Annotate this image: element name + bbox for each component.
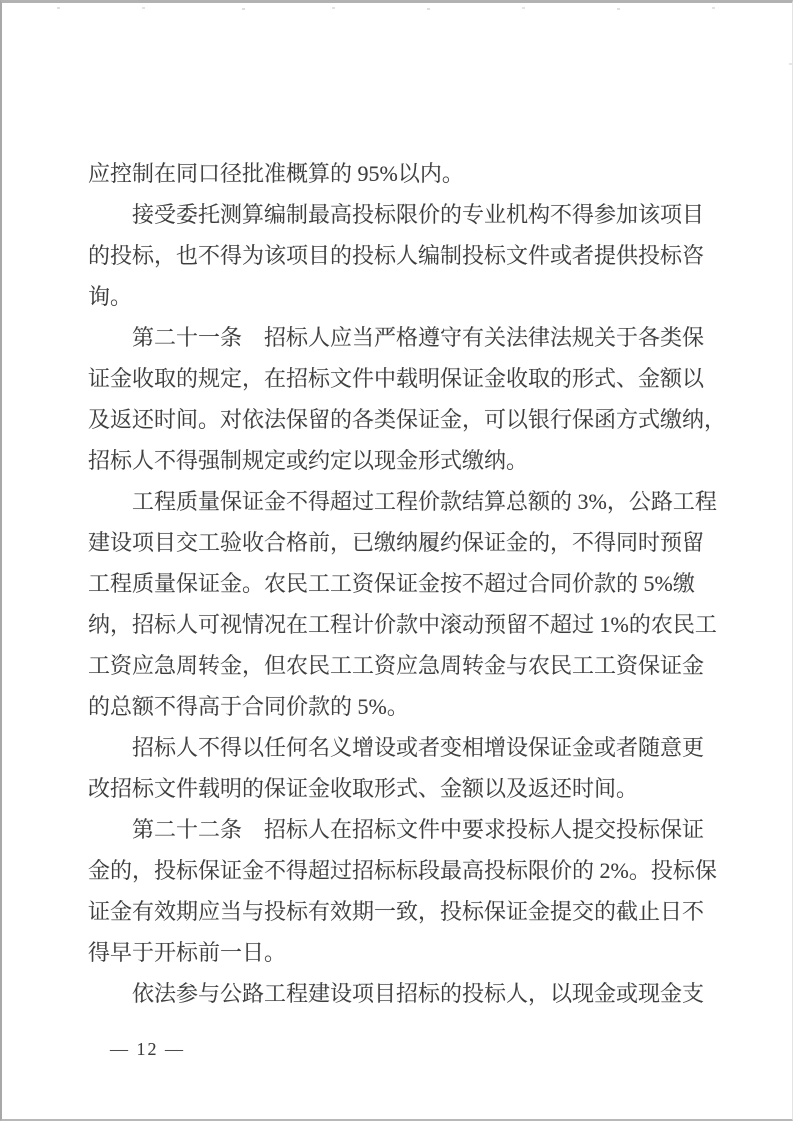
paragraph: 依法参与公路工程建设项目招标的投标人，以现金或现金支	[88, 973, 712, 1014]
text-line: 的总额不得高于合同价款的 5%。	[88, 686, 712, 727]
text-line: 及返还时间。对依法保留的各类保证金，可以银行保函方式缴纳，	[88, 399, 712, 440]
text-line: 的投标，也不得为该项目的投标人编制投标文件或者提供投标咨	[88, 235, 712, 276]
text-line: 工资应急周转金，但农民工工资应急周转金与农民工工资保证金	[88, 645, 712, 686]
text-line: 金的，投标保证金不得超过招标标段最高投标限价的 2%。投标保	[88, 850, 712, 891]
text-line: 得早于开标前一日。	[88, 932, 712, 973]
text-line: 应控制在同口径批准概算的 95%以内。	[88, 153, 712, 194]
text-line: 招标人不得以任何名义增设或者变相增设保证金或者随意更	[88, 727, 712, 768]
text-line: 接受委托测算编制最高投标限价的专业机构不得参加该项目	[88, 194, 712, 235]
paragraph: 接受委托测算编制最高投标限价的专业机构不得参加该项目的投标，也不得为该项目的投标…	[88, 194, 712, 317]
paragraph: 应控制在同口径批准概算的 95%以内。	[88, 153, 712, 194]
document-body: 应控制在同口径批准概算的 95%以内。接受委托测算编制最高投标限价的专业机构不得…	[88, 153, 712, 1014]
page-number: — 12 —	[110, 1039, 185, 1060]
paragraph: 招标人不得以任何名义增设或者变相增设保证金或者随意更改招标文件载明的保证金收取形…	[88, 727, 712, 809]
text-line: 第二十二条 招标人在招标文件中要求投标人提交投标保证	[88, 809, 712, 850]
text-line: 第二十一条 招标人应当严格遵守有关法律法规关于各类保	[88, 317, 712, 358]
scan-noise-specks	[57, 7, 60, 9]
text-line: 依法参与公路工程建设项目招标的投标人，以现金或现金支	[88, 973, 712, 1014]
paragraph: 第二十一条 招标人应当严格遵守有关法律法规关于各类保证金收取的规定，在招标文件中…	[88, 317, 712, 481]
text-line: 询。	[88, 276, 712, 317]
text-line: 证金收取的规定，在招标文件中载明保证金收取的形式、金额以	[88, 358, 712, 399]
paragraph: 第二十二条 招标人在招标文件中要求投标人提交投标保证金的，投标保证金不得超过招标…	[88, 809, 712, 973]
text-line: 纳，招标人可视情况在工程计价款中滚动预留不超过 1%的农民工	[88, 604, 712, 645]
document-page: 应控制在同口径批准概算的 95%以内。接受委托测算编制最高投标限价的专业机构不得…	[0, 0, 793, 1121]
text-line: 证金有效期应当与投标有效期一致，投标保证金提交的截止日不	[88, 891, 712, 932]
text-line: 改招标文件载明的保证金收取形式、金额以及返还时间。	[88, 768, 712, 809]
text-line: 招标人不得强制规定或约定以现金形式缴纳。	[88, 440, 712, 481]
paragraph: 工程质量保证金不得超过工程价款结算总额的 3%，公路工程建设项目交工验收合格前，…	[88, 481, 712, 727]
text-line: 建设项目交工验收合格前，已缴纳履约保证金的，不得同时预留	[88, 522, 712, 563]
text-line: 工程质量保证金。农民工工资保证金按不超过合同价款的 5%缴	[88, 563, 712, 604]
text-line: 工程质量保证金不得超过工程价款结算总额的 3%，公路工程	[88, 481, 712, 522]
